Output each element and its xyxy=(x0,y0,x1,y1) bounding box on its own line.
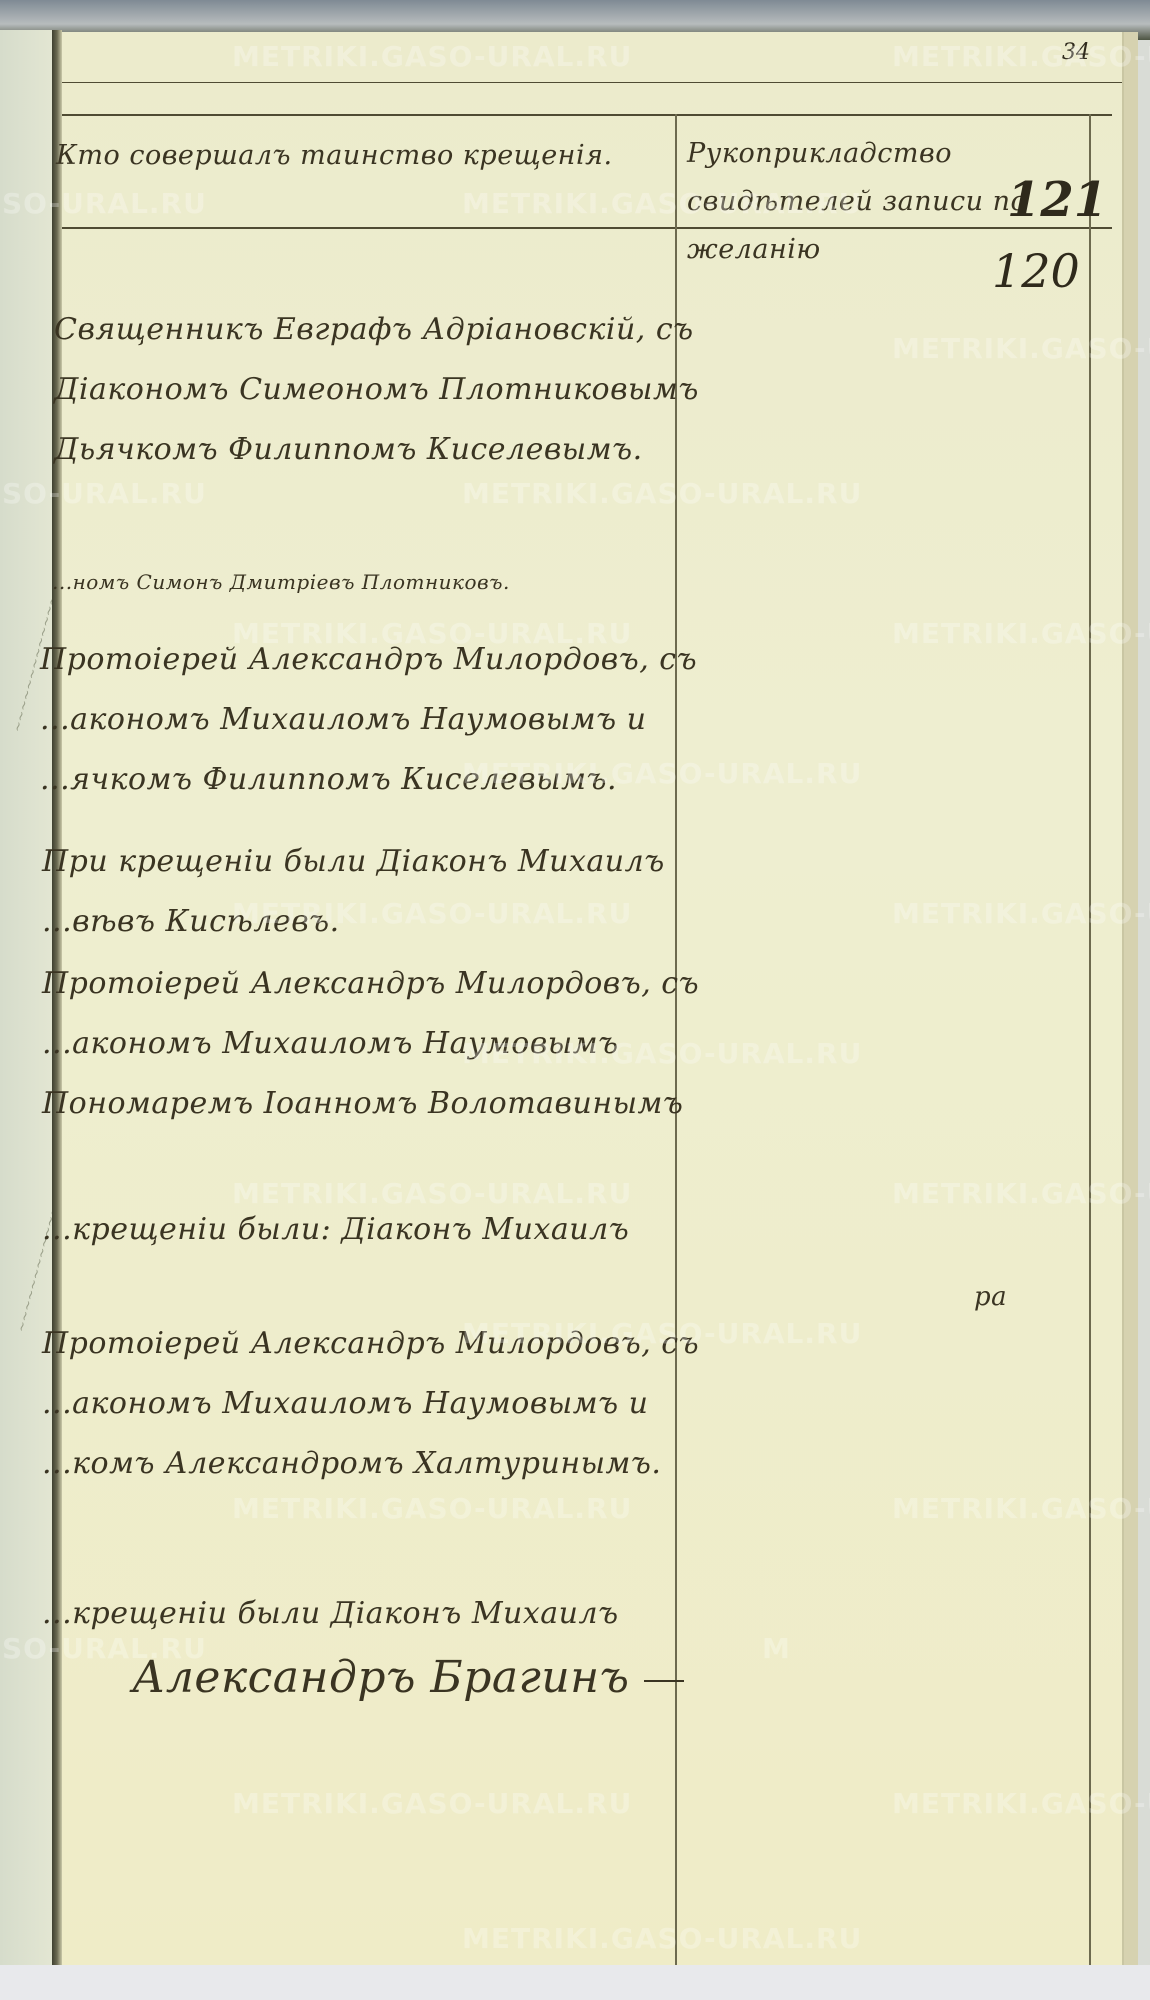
entry-officiants-4: Протоіерей Александръ Милордовъ, съ ...а… xyxy=(42,1314,699,1494)
watermark: M xyxy=(762,1632,791,1665)
watermark: METRIKI.GASO-URAL.RU xyxy=(892,897,1150,930)
watermark: METRIKI.GASO-URAL.RU xyxy=(232,40,632,73)
watermark: METRIKI.GASO-URAL.RU xyxy=(892,1787,1150,1820)
watermark: METRIKI.GASO-URAL.RU xyxy=(462,1922,862,1955)
entry-officiants-2: Протоіерей Александръ Милордовъ, съ ...а… xyxy=(40,630,697,810)
entry-number: 120 xyxy=(992,244,1080,298)
signature: Александръ Брагинъ xyxy=(132,1652,684,1703)
entry-officiants-3: Протоіерей Александръ Милордовъ, съ ...а… xyxy=(42,954,699,1134)
watermark: METRIKI.GASO-URAL.RU xyxy=(462,477,862,510)
entry-godparent-line: ...номъ Симонъ Дмитріевъ Плотниковъ. xyxy=(52,570,510,594)
watermark: METRIKI.GASO-URAL.RU xyxy=(892,1177,1150,1210)
watermark: METRIKI.GASO-URAL.RU xyxy=(892,40,1150,73)
folio-number: 34 xyxy=(1062,40,1090,65)
watermark: METRIKI.GASO-URAL.RU xyxy=(892,1492,1150,1525)
right-margin-rule xyxy=(1089,114,1091,1967)
signature-underline xyxy=(644,1680,684,1682)
watermark: METRIKI.GASO-URAL.RU xyxy=(892,617,1150,650)
scanner-background-bottom xyxy=(0,1965,1150,2000)
entry-witnesses-3: ...крещеніи были: Діаконъ Михаилъ xyxy=(42,1200,629,1260)
entry-officiants-1: Священникъ Евграфъ Адріановскій, съ Діак… xyxy=(54,300,699,480)
entry-witnesses-4: ...крещеніи были Діаконъ Михаилъ xyxy=(42,1584,619,1644)
right-column-note: ра xyxy=(974,1282,1007,1312)
watermark: METRIKI.GASO-URAL.RU xyxy=(892,332,1150,365)
register-page: 34 Кто совершалъ таинство крещенія. Руко… xyxy=(62,32,1125,1967)
page-stack-edge xyxy=(1124,32,1138,1967)
header-top-rule xyxy=(62,114,1112,116)
entry-witnesses-2: При крещеніи были Діаконъ Михаилъ ...вѣв… xyxy=(42,832,665,952)
watermark: METRIKI.GASO-URAL.RU xyxy=(232,1787,632,1820)
column-header-officiant: Кто совершалъ таинство крещенія. xyxy=(56,140,613,171)
top-border-line xyxy=(62,82,1122,83)
record-count-mark: 121 xyxy=(1007,172,1107,228)
watermark: METRIKI.GASO-URAL.RU xyxy=(232,1492,632,1525)
